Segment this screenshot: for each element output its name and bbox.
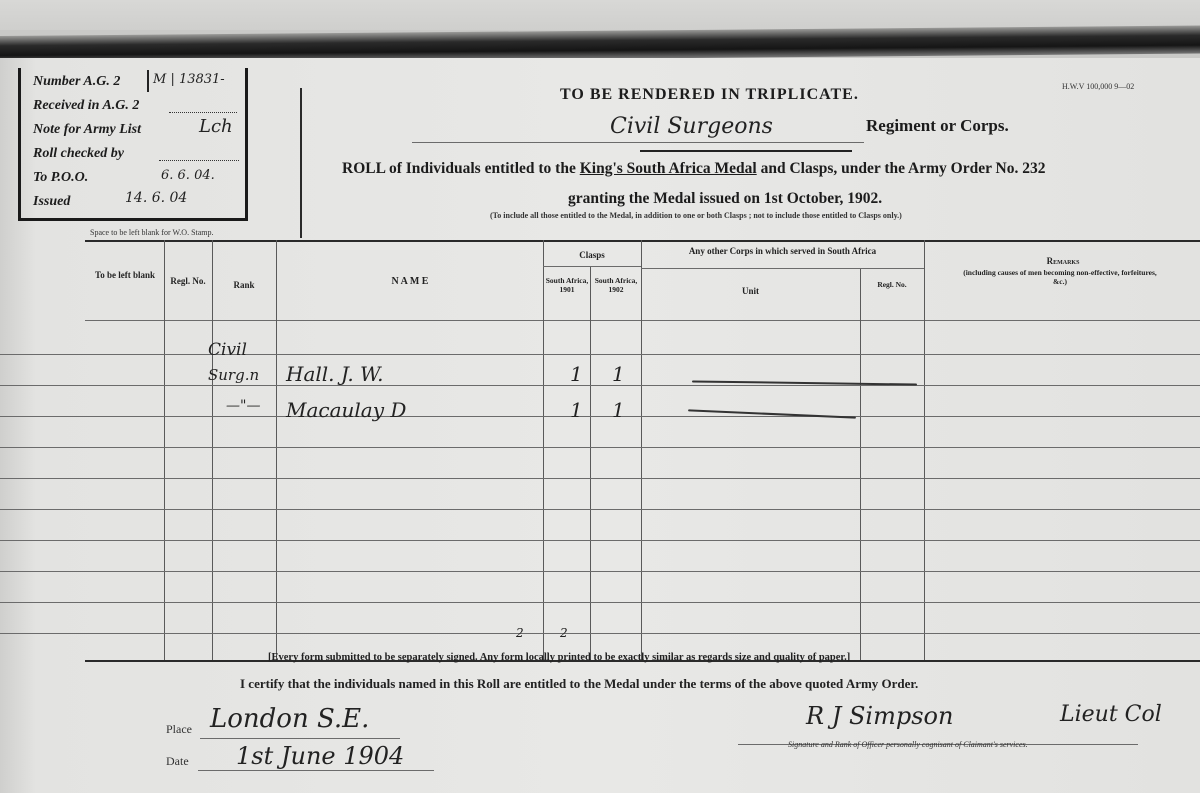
- place-value: London S.E.: [210, 704, 369, 734]
- rank-cell: —"—: [226, 398, 260, 414]
- col-header-other-corps: Any other Corps in which served in South…: [643, 246, 922, 257]
- medal-name: King's South Africa Medal: [580, 160, 757, 177]
- stamp-label-issued: Issued: [33, 194, 70, 210]
- col-header-rank: Rank: [214, 280, 274, 291]
- printer-mark: H.W.V 100,000 9—02: [1062, 82, 1134, 91]
- wo-stamp-box: Number A.G. 2 M | 13831- Received in A.G…: [18, 68, 248, 221]
- rank-cell: Surg.n: [208, 366, 259, 384]
- certification-text: I certify that the individuals named in …: [240, 676, 918, 692]
- officer-signature: R J Simpson: [806, 702, 953, 730]
- stamp-value-poo: 6. 6. 04.: [161, 168, 215, 183]
- stamp-label-roll-checked: Roll checked by: [33, 146, 124, 162]
- officer-rank: Lieut Col: [1060, 702, 1162, 727]
- unit-dash: [688, 409, 856, 418]
- scan-top-edge: [0, 0, 1200, 30]
- clasp-1902-cell: 1: [612, 362, 625, 386]
- stamp-value-number: M | 13831-: [153, 72, 225, 87]
- rank-cell-civil: Civil: [208, 340, 247, 360]
- table-header-bottom: [85, 320, 1200, 321]
- regiment-label: Regiment or Corps.: [866, 116, 1009, 136]
- stamp-label-number: Number A.G. 2: [33, 74, 120, 90]
- col-header-left-blank: To be left blank: [90, 270, 160, 281]
- total-clasp-1901: 2: [516, 626, 524, 640]
- stamp-value-issued: 14. 6. 04: [125, 190, 187, 206]
- clasp-1901-cell: 1: [570, 398, 583, 422]
- place-label: Place: [166, 722, 192, 737]
- col-header-clasp-1902: South Africa, 1902: [592, 276, 640, 294]
- clasp-1901-cell: 1: [570, 362, 583, 386]
- inclusion-note: (To include all those entitled to the Me…: [490, 211, 902, 220]
- date-label: Date: [166, 754, 189, 769]
- header-divider: [300, 88, 302, 238]
- regiment-underline: [412, 142, 864, 143]
- clasp-1902-cell: 1: [612, 398, 625, 422]
- col-header-clasps: Clasps: [545, 250, 639, 261]
- stamp-label-received: Received in A.G. 2: [33, 98, 139, 114]
- form-notice: [Every form submitted to be separately s…: [268, 652, 850, 663]
- stamp-label-army-list: Note for Army List: [33, 122, 141, 138]
- table-top-rule: [85, 240, 1200, 242]
- col-header-other-regl-no: Regl. No.: [862, 280, 922, 289]
- form-title: TO BE RENDERED IN TRIPLICATE.: [560, 86, 859, 104]
- stamp-value-army-list: Lch: [199, 116, 233, 137]
- name-cell: Hall. J. W.: [286, 362, 383, 386]
- stamp-label-poo: To P.O.O.: [33, 170, 88, 186]
- col-header-name: N A M E: [278, 276, 542, 287]
- col-header-remarks: Remarks: [926, 256, 1200, 267]
- roll-description: ROLL of Individuals entitled to the King…: [342, 160, 1046, 178]
- stamp-caption: Space to be left blank for W.O. Stamp.: [90, 228, 214, 237]
- total-clasp-1902: 2: [560, 626, 568, 640]
- date-value: 1st June 1904: [236, 742, 404, 770]
- col-header-unit: Unit: [643, 286, 858, 297]
- regiment-rule: [640, 150, 852, 152]
- regiment-value: Civil Surgeons: [610, 114, 773, 139]
- name-cell: Macaulay D: [286, 398, 406, 422]
- col-header-remarks-sub: (including causes of men becoming non-ef…: [960, 268, 1160, 286]
- col-header-regl-no: Regl. No.: [166, 276, 210, 287]
- roll-description-line2: granting the Medal issued on 1st October…: [568, 190, 882, 208]
- col-header-clasp-1901: South Africa, 1901: [545, 276, 589, 294]
- signature-caption: Signature and Rank of Officer personally…: [788, 740, 1028, 749]
- medal-roll-form: Number A.G. 2 M | 13831- Received in A.G…: [0, 58, 1200, 793]
